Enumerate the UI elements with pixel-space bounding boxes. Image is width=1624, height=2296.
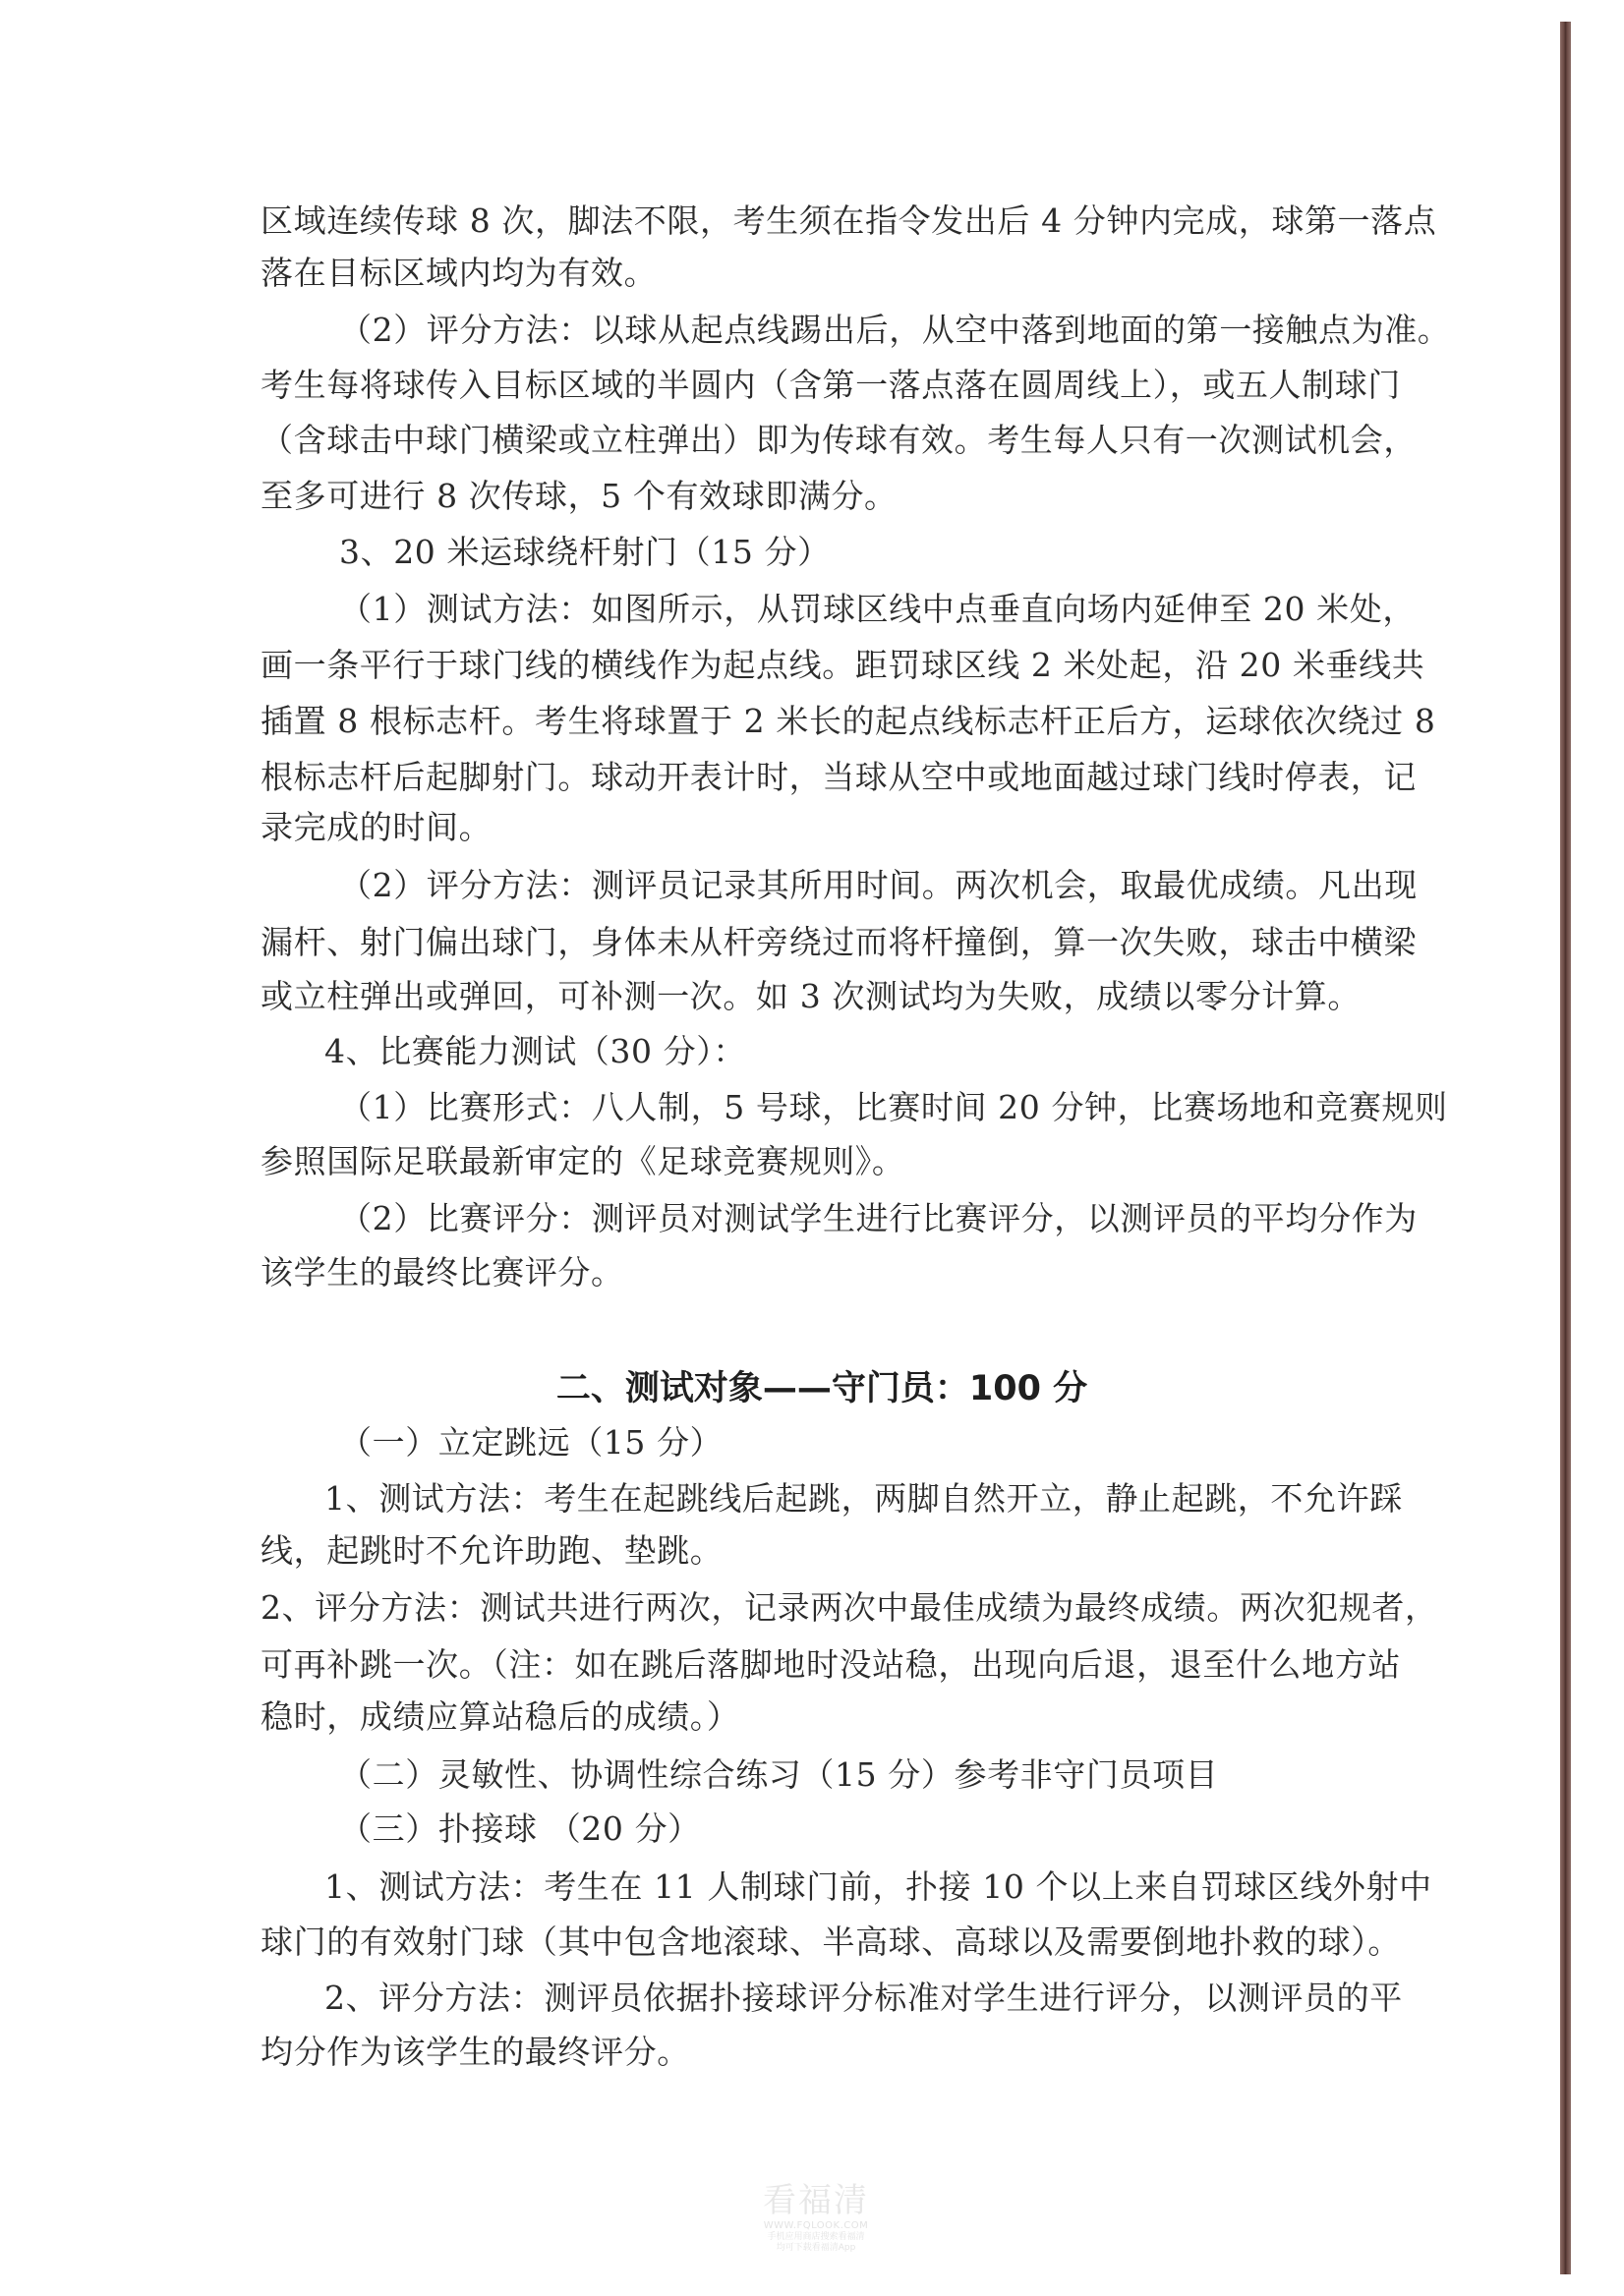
paragraph-line: 2、评分方法：测评员依据扑接球评分标准对学生进行评分，以测评员的平 [324, 1979, 1401, 2018]
paragraph-line: 至多可进行 8 次传球，5 个有效球即满分。 [261, 477, 1401, 516]
subsection-title: （三）扑接球 （20 分） [339, 1809, 1401, 1849]
paragraph-line: 画一条平行于球门线的横线作为起点线。距罚球区线 2 米处起，沿 20 米垂线共 [261, 646, 1401, 685]
paragraph-line: （2）评分方法：以球从起点线踢出后，从空中落到地面的第一接触点为准。 [339, 311, 1401, 350]
paragraph-line: 球门的有效射门球（其中包含地滚球、半高球、高球以及需要倒地扑救的球）。 [261, 1923, 1401, 1962]
watermark-tip: 均可下载看福清App [747, 2243, 885, 2254]
paragraph-line: 均分作为该学生的最终评分。 [261, 2033, 1401, 2072]
document-page: 区域连续传球 8 次，脚法不限，考生须在指令发出后 4 分钟内完成，球第一落点 … [0, 0, 1624, 2296]
paragraph-line: （含球击中球门横梁或立柱弹出）即为传球有效。考生每人只有一次测试机会， [261, 421, 1401, 460]
paragraph-line: 录完成的时间。 [261, 808, 1401, 847]
paragraph-line: 落在目标区域内均为有效。 [261, 254, 1401, 293]
paragraph-line: 稳时，成绩应算站稳后的成绩。） [261, 1697, 1401, 1737]
paragraph-line: 2、评分方法：测试共进行两次，记录两次中最佳成绩为最终成绩。两次犯规者， [261, 1588, 1401, 1628]
paragraph-line: 区域连续传球 8 次，脚法不限，考生须在指令发出后 4 分钟内完成，球第一落点 [261, 201, 1401, 241]
paragraph-line: 线，起跳时不允许助跑、垫跳。 [261, 1531, 1401, 1571]
subsection-title: （一）立定跳远（15 分） [339, 1423, 1401, 1463]
paragraph-line: 1、测试方法：考生在 11 人制球门前，扑接 10 个以上来自罚球区线外射中 [324, 1867, 1401, 1907]
watermark-tip: 手机应用商店搜索看福清 [747, 2232, 885, 2243]
watermark-logo: 看福清 [747, 2182, 885, 2219]
page-edge-binding-bar [1560, 22, 1571, 2274]
subsection-title: 4、比赛能力测试（30 分）： [324, 1032, 1401, 1071]
paragraph-line: 考生每将球传入目标区域的半圆内（含第一落点落在圆周线上），或五人制球门 [261, 366, 1401, 405]
paragraph-line: （1）比赛形式：八人制，5 号球，比赛时间 20 分钟，比赛场地和竞赛规则 [339, 1088, 1401, 1127]
subsection-title: 3、20 米运球绕杆射门（15 分） [339, 533, 1401, 572]
section-heading: 二、测试对象——守门员：100 分 [0, 1367, 1624, 1410]
paragraph-line: 根标志杆后起脚射门。球动开表计时，当球从空中或地面越过球门线时停表，记 [261, 758, 1401, 797]
paragraph-line: 1、测试方法：考生在起跳线后起跳，两脚自然开立，静止起跳，不允许踩 [324, 1479, 1401, 1519]
watermark-url: WWW.FQLOOK.COM [747, 2219, 885, 2232]
paragraph-line: （1）测试方法：如图所示，从罚球区线中点垂直向场内延伸至 20 米处， [339, 590, 1401, 629]
paragraph-line: 漏杆、射门偏出球门，身体未从杆旁绕过而将杆撞倒，算一次失败，球击中横梁 [261, 923, 1401, 962]
paragraph-line: 或立柱弹出或弹回，可补测一次。如 3 次测试均为失败，成绩以零分计算。 [261, 977, 1401, 1016]
subsection-title: （二）灵敏性、协调性综合练习（15 分）参考非守门员项目 [339, 1755, 1401, 1795]
watermark: 看福清 WWW.FQLOOK.COM 手机应用商店搜索看福清 均可下载看福清Ap… [747, 2182, 885, 2254]
paragraph-line: 可再补跳一次。（注：如在跳后落脚地时没站稳，出现向后退，退至什么地方站 [261, 1645, 1401, 1685]
paragraph-line: 参照国际足联最新审定的《足球竞赛规则》。 [261, 1142, 1401, 1181]
paragraph-line: （2）评分方法：测评员记录其所用时间。两次机会，取最优成绩。凡出现 [339, 866, 1401, 905]
paragraph-line: （2）比赛评分：测评员对测试学生进行比赛评分，以测评员的平均分作为 [339, 1199, 1401, 1238]
paragraph-line: 该学生的最终比赛评分。 [261, 1253, 1401, 1292]
paragraph-line: 插置 8 根标志杆。考生将球置于 2 米长的起点线标志杆正后方，运球依次绕过 8 [261, 702, 1401, 741]
